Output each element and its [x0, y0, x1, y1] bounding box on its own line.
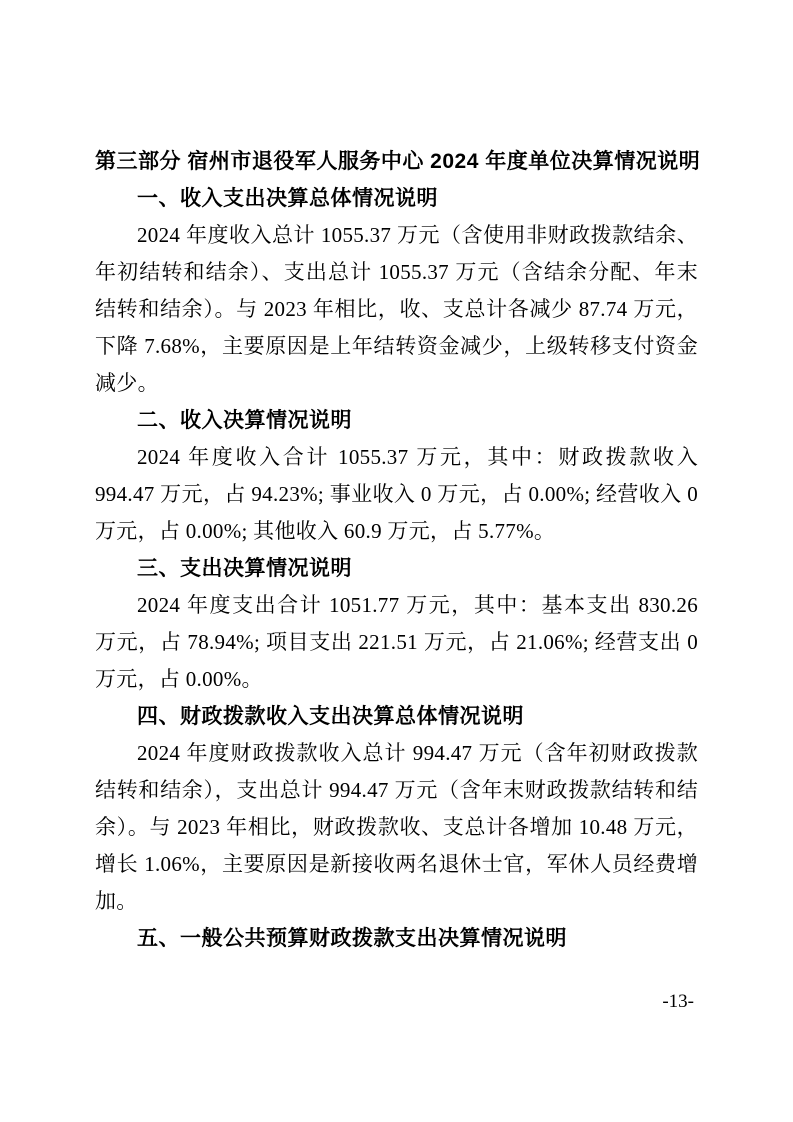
- document-content: 第三部分 宿州市退役军人服务中心 2024 年度单位决算情况说明 一、收入支出决…: [95, 143, 698, 957]
- section-heading-expenditure-accounts: 三、支出决算情况说明: [95, 550, 698, 587]
- page-number: -13-: [662, 991, 694, 1013]
- section-heading-fiscal-appropriation-overview: 四、财政拨款收入支出决算总体情况说明: [95, 698, 698, 735]
- paragraph-income-expenditure-overview: 2024 年度收入总计 1055.37 万元（含使用非财政拨款结余、年初结转和结…: [95, 217, 698, 402]
- paragraph-expenditure-accounts: 2024 年度支出合计 1051.77 万元，其中：基本支出 830.26 万元…: [95, 587, 698, 698]
- section-heading-income-expenditure-overview: 一、收入支出决算总体情况说明: [95, 180, 698, 217]
- section-heading-general-public-budget-expenditure: 五、一般公共预算财政拨款支出决算情况说明: [95, 920, 698, 957]
- paragraph-fiscal-appropriation-overview: 2024 年度财政拨款收入总计 994.47 万元（含年初财政拨款结转和结余），…: [95, 735, 698, 920]
- document-title: 第三部分 宿州市退役军人服务中心 2024 年度单位决算情况说明: [95, 143, 698, 180]
- document-page: 第三部分 宿州市退役军人服务中心 2024 年度单位决算情况说明 一、收入支出决…: [0, 0, 793, 1122]
- section-heading-income-accounts: 二、收入决算情况说明: [95, 402, 698, 439]
- paragraph-income-accounts: 2024 年度收入合计 1055.37 万元，其中：财政拨款收入 994.47 …: [95, 439, 698, 550]
